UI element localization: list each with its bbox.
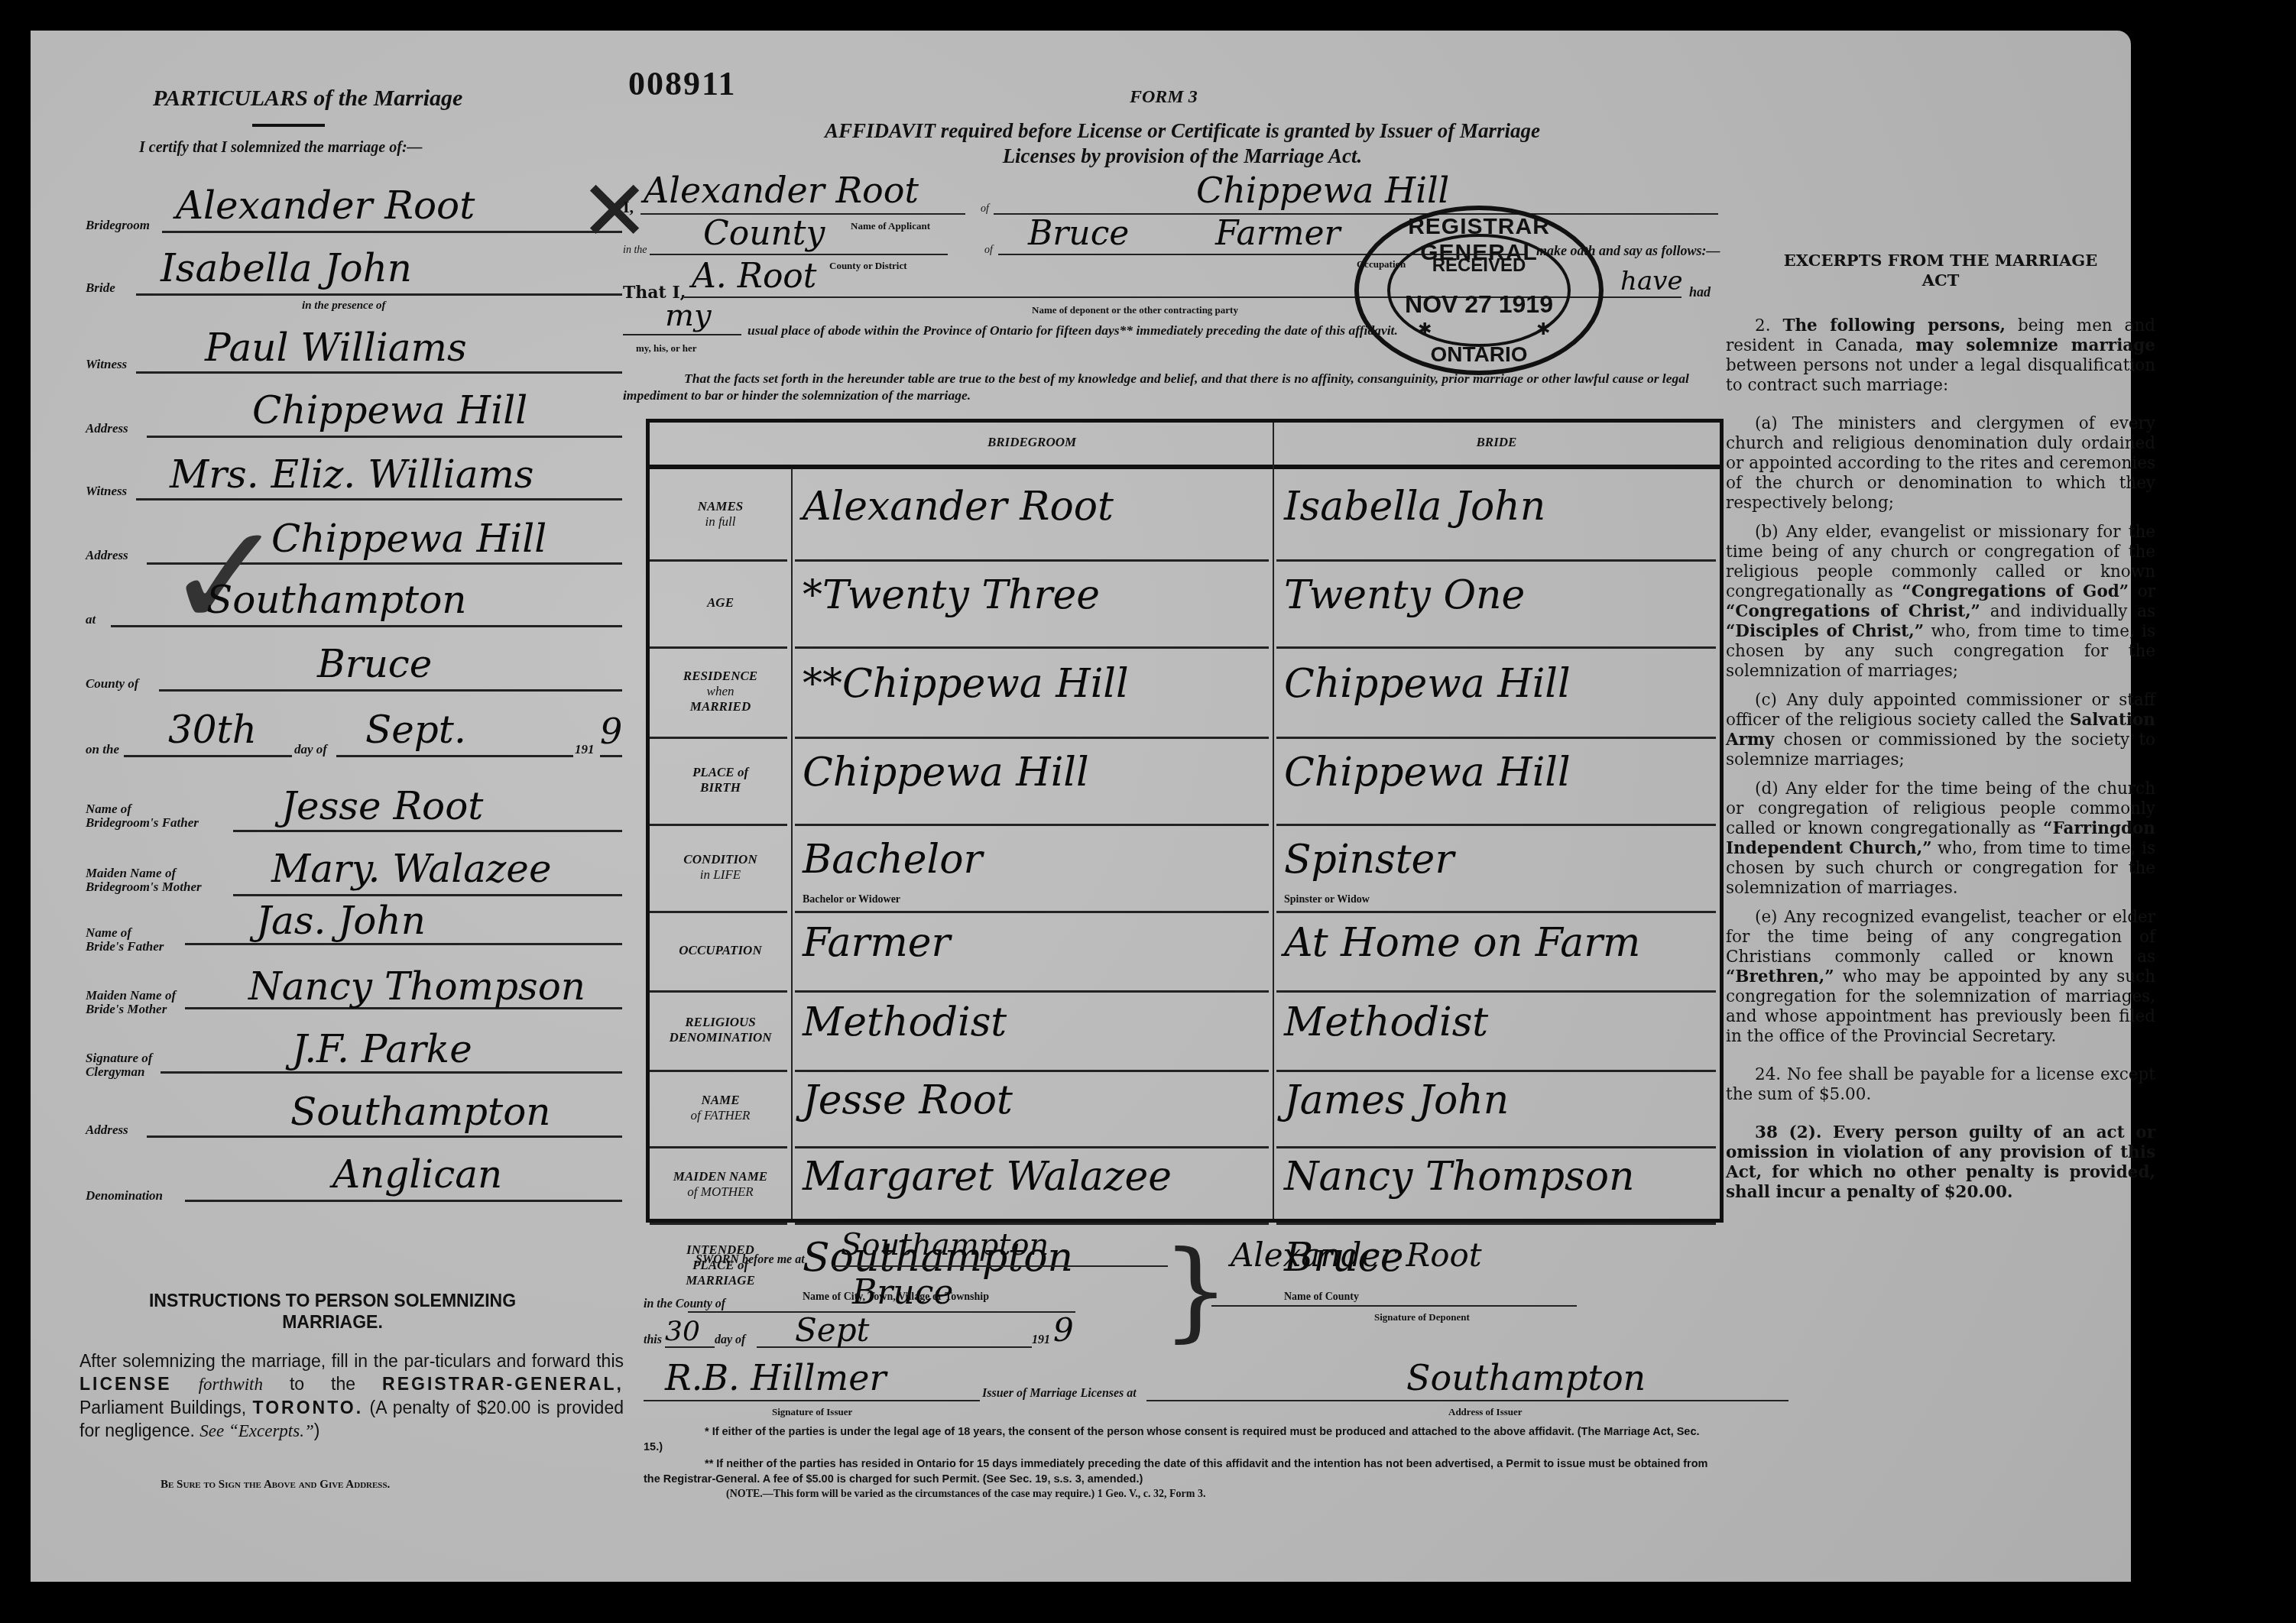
particulars-title: PARTICULARS of the Marriage [153, 86, 462, 112]
clause-b-bold-3: “Disciples of Christ,” [1726, 622, 1924, 641]
clause-e-text-1: (e) Any recognized evangelist, teacher o… [1726, 908, 2155, 967]
line-abode [623, 334, 741, 335]
row-label: RELIGIOUSDENOMINATION [650, 1015, 791, 1045]
row-label: NAMESin full [650, 499, 791, 530]
line-bride [136, 293, 622, 296]
cell-bride-caption: Name of County [1284, 1291, 1359, 1304]
instructions-title: INSTRUCTIONS TO PERSON SOLEMNIZING MARRI… [99, 1290, 566, 1333]
label-address-3: Address [86, 1123, 128, 1137]
label-on-the: on the [86, 743, 119, 756]
row-label: CONDITIONin LIFE [650, 852, 791, 883]
serial-number: 008911 [628, 64, 737, 103]
label-witness-1: Witness [86, 358, 127, 371]
clause-b: (b) Any elder, evangelist or missionary … [1726, 523, 2155, 682]
label-sworn-day-of: day of [715, 1333, 745, 1347]
row-label: OCCUPATION [650, 943, 791, 958]
caption-issuer-signature: Signature of Issuer [772, 1406, 852, 1418]
instructions-title-2: MARRIAGE. [99, 1311, 566, 1333]
value-bridegroom[interactable]: Alexander Root [176, 183, 475, 228]
line-address-3 [147, 1135, 622, 1138]
label-bride-mother: Maiden Name of Bride's Mother [86, 989, 176, 1016]
value-year-suffix[interactable]: 9 [600, 711, 622, 752]
excerpts-title-2: ACT [1726, 270, 2155, 290]
col-bride: BRIDE [1275, 435, 1718, 450]
marriage-details-table: BRIDEGROOM BRIDE NAMESin fullAlexander R… [646, 419, 1724, 1223]
stamp-received: RECEIVED [1399, 255, 1559, 277]
instructions-text-5: ) [314, 1421, 320, 1440]
excerpts-title-1: EXCERPTS FROM THE MARRIAGE [1726, 251, 2155, 270]
row-label-line: AGE [650, 595, 791, 611]
value-groom-father[interactable]: Jesse Root [281, 784, 483, 828]
row-label-line: in full [650, 514, 791, 530]
value-sworn-day[interactable]: 30 [665, 1316, 700, 1347]
section-38-number: 38 (2). [1755, 1123, 1821, 1142]
form-number: FORM 3 [1130, 87, 1198, 108]
label-groom-father-1: Name of [86, 802, 199, 816]
label-groom-mother-2: Bridegroom's Mother [86, 880, 202, 894]
cell-bride[interactable]: Isabella John [1284, 484, 1545, 530]
value-bride-father[interactable]: Jas. John [256, 899, 426, 943]
label-address-1: Address [86, 422, 128, 436]
clause-b-text-3: and individually as [1980, 602, 2155, 621]
table-row: MAIDEN NAMEof MOTHERMargaret WalazeeNanc… [650, 1146, 1720, 1223]
instructions-text-3: Parliament Buildings, [79, 1398, 253, 1417]
cell-bridegroom[interactable]: Jesse Root [803, 1077, 1013, 1123]
label-issuer-at: Issuer of Marriage Licenses at [982, 1387, 1137, 1401]
label-clergyman: Signature of Clergyman [86, 1051, 152, 1079]
row-label-line: RELIGIOUS [650, 1015, 791, 1030]
value-day[interactable]: 30th [168, 708, 257, 752]
row-label-line: NAME [650, 1093, 791, 1108]
label-bride-father: Name of Bride's Father [86, 926, 164, 954]
line-witness-1 [136, 371, 622, 374]
table-row: RELIGIOUSDENOMINATIONMethodistMethodist [650, 990, 1720, 1070]
instructions-title-1: INSTRUCTIONS TO PERSON SOLEMNIZING [99, 1290, 566, 1311]
label-county: County of [86, 677, 138, 691]
instructions-see-excerpts: See “Excerpts.” [199, 1421, 313, 1440]
label-at: at [86, 613, 96, 627]
value-deponent-signature[interactable]: Alexander Root [1231, 1236, 1482, 1274]
label-groom-mother: Maiden Name of Bridegroom's Mother [86, 867, 202, 894]
clause-d: (d) Any elder for the time being of the … [1726, 779, 2155, 899]
value-sworn-year-suffix[interactable]: 9 [1053, 1311, 1074, 1349]
label-witness-2: Witness [86, 484, 127, 498]
stamp-date: NOV 27 1919 [1391, 290, 1567, 319]
label-groom-father-2: Bridegroom's Father [86, 816, 199, 830]
label-of: of [981, 203, 989, 215]
title-rule [252, 124, 325, 127]
line-clergyman [161, 1071, 622, 1074]
clause-e: (e) Any recognized evangelist, teacher o… [1726, 908, 2155, 1047]
table-row: PLACE ofBIRTHChippewa HillChippewa Hill [650, 737, 1720, 824]
row-label-line: of FATHER [650, 1108, 791, 1123]
section-2: 2. The following persons, being men and … [1726, 316, 2155, 396]
row-label-line: MARRIAGE [650, 1273, 791, 1288]
instructions-body: After solemnizing the marriage, fill in … [79, 1349, 624, 1443]
label-bride-father-2: Bride's Father [86, 940, 164, 954]
label-i: I, [623, 197, 634, 217]
row-label: PLACE ofBIRTH [650, 765, 791, 795]
caption-applicant: Name of Applicant [851, 220, 930, 232]
label-clergyman-1: Signature of [86, 1051, 152, 1065]
table-row: NAMEof FATHERJesse RootJames John [650, 1070, 1720, 1146]
certify-text: I certify that I solemnized the marriage… [139, 139, 423, 157]
cell-bridegroom[interactable]: Bachelor [803, 837, 982, 883]
label-sworn: SWORN before me at [696, 1253, 805, 1267]
row-label: AGE [650, 595, 791, 611]
value-county[interactable]: Bruce [317, 642, 432, 686]
cell-bridegroom-caption: Bachelor or Widower [803, 894, 900, 906]
section-24: 24. No fee shall be payable for a licens… [1726, 1065, 2155, 1105]
caption-deponent-signature: Signature of Deponent [1374, 1311, 1470, 1323]
cell-bride[interactable]: Twenty One [1284, 572, 1525, 618]
label-groom-father: Name of Bridegroom's Father [86, 802, 199, 830]
label-groom-mother-1: Maiden Name of [86, 867, 202, 880]
affidavit-title-2: Licenses by provision of the Marriage Ac… [644, 144, 1721, 169]
value-county-district[interactable]: County [703, 214, 825, 253]
line-county [159, 689, 622, 692]
cell-bridegroom[interactable]: Alexander Root [803, 484, 1114, 530]
row-label-line: NAMES [650, 499, 791, 514]
instructions-license: LICENSE [79, 1374, 172, 1394]
cell-bride[interactable]: At Home on Farm [1284, 920, 1640, 966]
footnote-2: ** If neither of the parties has resided… [644, 1456, 1721, 1487]
instructions-text-1: After solemnizing the marriage, fill in … [79, 1351, 624, 1371]
line-sworn-place [833, 1265, 1168, 1267]
line-denomination [185, 1200, 622, 1202]
value-witness-2[interactable]: Mrs. Eliz. Williams [170, 452, 534, 497]
cell-bride[interactable]: Chippewa Hill [1284, 750, 1571, 795]
row-label-line: MAIDEN NAME [650, 1169, 791, 1184]
value-sworn-county[interactable]: Bruce [852, 1273, 953, 1312]
section-2-number: 2. [1755, 316, 1771, 335]
label-denomination: Denomination [86, 1189, 163, 1203]
cell-bride-caption: Spinster or Widow [1284, 894, 1370, 906]
caption-issuer-address: Address of Issuer [1448, 1406, 1523, 1418]
instructions-forthwith: forthwith [199, 1375, 263, 1394]
clause-b-text-2: or [2129, 582, 2155, 601]
abode-text: usual place of abode within the Province… [747, 322, 1398, 339]
row-label-line: PLACE of [650, 765, 791, 780]
punch-hole-top [2179, 236, 2221, 273]
value-applicant-name[interactable]: Alexander Root [644, 170, 919, 211]
instructions-toronto: TORONTO. [253, 1398, 364, 1417]
value-at[interactable]: Southampton [206, 578, 466, 622]
row-label: MAIDEN NAMEof MOTHER [650, 1169, 791, 1200]
line-issuer-signature [644, 1400, 980, 1401]
affidavit-title-1: AFFIDAVIT required before License or Cer… [644, 118, 1721, 144]
cell-bride[interactable]: James John [1284, 1077, 1509, 1123]
cell-bridegroom[interactable]: Chippewa Hill [803, 750, 1089, 795]
label-address-2: Address [86, 549, 128, 562]
value-bride[interactable]: Isabella John [161, 246, 412, 290]
row-label-line: BIRTH [650, 780, 791, 795]
marriage-act-excerpts: EXCERPTS FROM THE MARRIAGE ACT 2. The fo… [1726, 251, 2155, 1212]
cell-bridegroom[interactable]: Margaret Walazee [803, 1154, 1172, 1200]
line-bridegroom [162, 231, 622, 233]
label-bride-father-1: Name of [86, 926, 164, 940]
value-occupation[interactable]: Farmer [1215, 214, 1341, 253]
line-county-district [650, 254, 948, 255]
label-presence: in the presence of [302, 300, 386, 313]
section-2-bold: The following persons, [1782, 316, 2006, 335]
table-row: OCCUPATIONFarmerAt Home on Farm [650, 911, 1720, 990]
label-bride-mother-2: Bride's Mother [86, 1003, 176, 1016]
value-issuer-signature[interactable]: R.B. Hillmer [665, 1357, 886, 1398]
label-had: had [1689, 284, 1711, 300]
value-witness-1[interactable]: Paul Williams [205, 326, 467, 370]
row-label-line: MARRIED [650, 699, 791, 714]
caption-deponent: Name of deponent or the other contractin… [1032, 304, 1238, 316]
table-row: RESIDENCEwhenMARRIED**Chippewa HillChipp… [650, 646, 1720, 737]
section-38: 38 (2). Every person guilty of an act or… [1726, 1123, 2155, 1203]
line-day-of [336, 755, 573, 757]
brace-icon: } [1162, 1238, 1230, 1345]
clause-b-bold-2: “Congregations of Christ,” [1726, 602, 1980, 621]
cell-bridegroom[interactable]: Methodist [803, 999, 1007, 1045]
line-on-the [124, 755, 292, 757]
row-label-line: OCCUPATION [650, 943, 791, 958]
value-sworn-month[interactable]: Sept [795, 1311, 869, 1349]
value-clergy-address[interactable]: Southampton [290, 1090, 550, 1134]
value-denomination[interactable]: Anglican [332, 1152, 502, 1197]
checkmark-icon: ✓ [164, 504, 286, 650]
col-bridegroom: BRIDEGROOM [791, 435, 1273, 450]
label-day-of: day of [294, 743, 327, 756]
cell-bride[interactable]: Nancy Thompson [1284, 1154, 1635, 1200]
sign-note: Be Sure to Sign the Above and Give Addre… [161, 1479, 390, 1492]
label-this: this [644, 1333, 662, 1347]
value-have[interactable]: have [1620, 266, 1683, 296]
registrar-received-stamp: ✱ ✱ REGISTRAR GENERAL RECEIVED NOV 27 19… [1353, 205, 1605, 377]
footnote-1: * If either of the parties is under the … [644, 1424, 1721, 1455]
line-groom-mother [233, 894, 622, 896]
clause-c: (c) Any duly appointed commissioner or s… [1726, 691, 2155, 770]
value-bride-mother[interactable]: Nancy Thompson [248, 964, 585, 1009]
row-label-line: RESIDENCE [650, 669, 791, 684]
line-issuer-address [1146, 1400, 1788, 1401]
affidavit-title: AFFIDAVIT required before License or Cer… [644, 118, 1721, 169]
row-label-line: when [650, 684, 791, 699]
svg-text:✱: ✱ [1536, 320, 1550, 339]
value-groom-mother[interactable]: Mary. Walazee [271, 847, 551, 891]
row-label: NAMEof FATHER [650, 1093, 791, 1123]
label-bride: Bride [86, 281, 115, 295]
section-2-text-b: between persons not under a legal disqua… [1726, 356, 2155, 395]
caption-abode: my, his, or her [636, 342, 697, 355]
label-bridegroom: Bridegroom [86, 219, 150, 232]
punch-hole-bottom [2187, 1352, 2229, 1388]
table-row: AGE*Twenty ThreeTwenty One [650, 559, 1720, 646]
label-clergyman-2: Clergyman [86, 1065, 152, 1079]
table-header: BRIDEGROOM BRIDE [650, 423, 1720, 469]
row-label-line: of MOTHER [650, 1184, 791, 1200]
clause-c-text-2: chosen or commissioned by the society to… [1726, 731, 2155, 769]
line-groom-father [233, 830, 622, 832]
value-clergyman[interactable]: J.F. Parke [292, 1027, 472, 1071]
cell-bridegroom[interactable]: *Twenty Three [803, 572, 1100, 618]
value-deponent[interactable]: A. Root [692, 257, 817, 296]
label-sworn-county: in the County of [644, 1297, 725, 1311]
clause-b-bold-1: “Congregations of God” [1902, 582, 2129, 601]
section-2-bold-2: may solemnize marriage [1915, 336, 2155, 355]
footnote-3: (NOTE.—This form will be varied as the c… [726, 1489, 1205, 1501]
value-month[interactable]: Sept. [365, 708, 466, 752]
excerpts-title: EXCERPTS FROM THE MARRIAGE ACT [1726, 251, 2155, 290]
line-bride-father [185, 943, 622, 945]
table-row: NAMESin fullAlexander RootIsabella John [650, 469, 1720, 559]
row-label-line: CONDITION [650, 852, 791, 867]
label-year-prefix: 191 [575, 743, 595, 756]
line-deponent-signature [1211, 1305, 1577, 1307]
svg-text:✱: ✱ [1418, 320, 1432, 339]
cell-bridegroom[interactable]: Farmer [803, 920, 950, 966]
row-label: RESIDENCEwhenMARRIED [650, 669, 791, 714]
instructions-registrar: REGISTRAR-GENERAL, [382, 1374, 624, 1394]
cross-mark-icon: ✕ [579, 173, 650, 249]
row-label-line: in LIFE [650, 867, 791, 883]
label-of-2: of [984, 245, 993, 257]
value-abode[interactable]: my [665, 298, 712, 333]
instructions-text-2: to the [263, 1374, 382, 1394]
value-address-1[interactable]: Chippewa Hill [252, 388, 527, 432]
value-county-name[interactable]: Bruce [1028, 214, 1129, 253]
line-address-1 [147, 436, 622, 438]
row-label-line: DENOMINATION [650, 1030, 791, 1045]
value-address-2[interactable]: Chippewa Hill [271, 517, 546, 561]
cell-bride[interactable]: Spinster [1284, 837, 1454, 883]
label-in-the: in the [623, 245, 647, 257]
clause-a: (a) The ministers and clergymen of every… [1726, 414, 2155, 513]
label-bride-mother-1: Maiden Name of [86, 989, 176, 1003]
clause-e-bold: “Brethren,” [1726, 967, 1834, 986]
cell-bride[interactable]: Methodist [1284, 999, 1488, 1045]
line-at [111, 625, 622, 627]
label-sworn-year: 191 [1032, 1333, 1050, 1347]
line-year [600, 755, 622, 757]
value-issuer-address[interactable]: Southampton [1406, 1357, 1646, 1398]
table-row: CONDITIONin LIFEBachelorSpinsterBachelor… [650, 824, 1720, 911]
cell-bridegroom[interactable]: **Chippewa Hill [803, 661, 1129, 707]
cell-bride[interactable]: Chippewa Hill [1284, 661, 1571, 707]
value-sworn-place[interactable]: Southampton [841, 1227, 1049, 1262]
stamp-bottom: ONTARIO [1399, 342, 1559, 367]
caption-county-district: County or District [829, 260, 907, 272]
